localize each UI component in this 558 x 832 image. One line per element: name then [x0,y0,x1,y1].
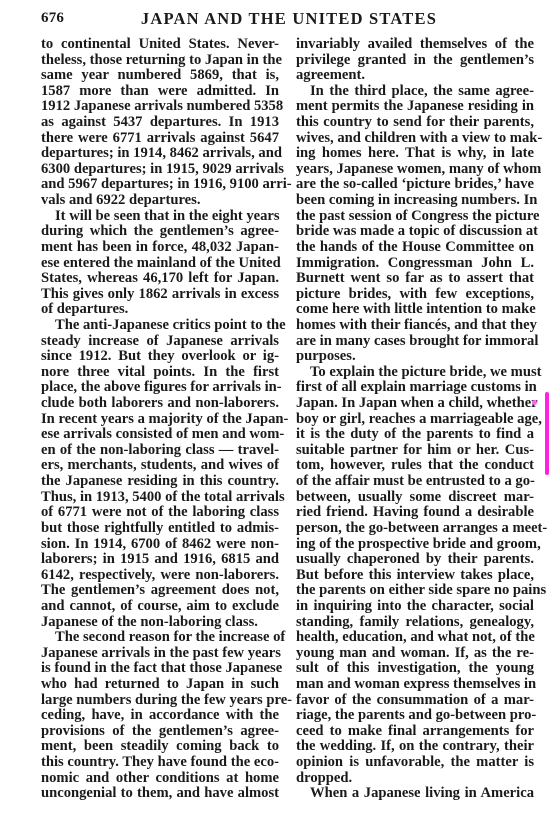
text-line: the past session of Congress the picture [296,209,534,225]
text-line: nore three vital points. In the first [41,365,279,381]
text-line: between, usually some discreet mar- [296,490,534,506]
text-line: during which the gentlemen’s agree- [41,224,279,240]
text-line: This gives only 1862 arrivals in excess [41,287,279,303]
text-line: ing of the prospective bride and groom, [296,537,534,553]
text-line: and 5967 departures; in 1916, 9100 arri- [41,177,279,193]
text-line: 6142, respectively, were non-laborers. [41,568,279,584]
text-line: en of the non-laboring class — travel- [41,443,279,459]
text-line: been coming in increasing numbers. In [296,193,534,209]
text-line: bride was made a topic of discussion at [296,224,534,240]
text-line: this country. They have found the eco- [41,755,279,771]
text-line: But before this interview takes place, [296,568,534,584]
margin-highlight-mark [545,392,549,475]
text-line: young man and woman. If, as the re- [296,646,534,662]
text-line: same year numbered 5869, that is, [41,68,279,84]
text-line: 1912 Japanese arrivals numbered 5358 [41,99,279,115]
text-line: suitable partner for him or her. Cus- [296,443,534,459]
text-line: privilege granted in the gentlemen’s [296,53,534,69]
text-line: homes with their fiancés, and that they [296,318,534,334]
text-line: place, the above figures for arrivals in… [41,380,279,396]
text-line: this country to send for their parents, [296,115,534,131]
text-line: When a Japanese living in America [296,786,534,802]
text-line: health, education, and what not, of the [296,630,534,646]
text-line: ment, been steadily coming back to [41,739,279,755]
text-line: 6300 departures; in 1915, 9029 arrivals [41,162,279,178]
text-line: agreement. [296,68,534,84]
text-line: come here with little intention to make [296,302,534,318]
text-line: 1587 more than were admitted. In [41,84,279,100]
text-line: to continental United States. Never- [41,37,279,53]
text-line: the hands of the House Committee on [296,240,534,256]
text-line: Japan. In Japan when a child, whether [296,396,534,412]
text-line: vals and 6922 departures. [41,193,279,209]
text-line: States, whereas 46,170 left for Japan. [41,271,279,287]
text-line: the Japanese residing in this country. [41,474,279,490]
text-line: as against 5437 departures. In 1913 [41,115,279,131]
text-line: of departures. [41,302,279,318]
running-head: JAPAN AND THE UNITED STATES [0,9,558,29]
text-line: In recent years a majority of the Japan- [41,412,279,428]
text-line: of 6771 were not of the laboring class [41,505,279,521]
text-line: picture brides, with few exceptions, [296,287,534,303]
text-line: ment has been in force, 48,032 Japan- [41,240,279,256]
text-line: boy or girl, reaches a marriageable age, [296,412,534,428]
text-line: man and woman express themselves in [296,677,534,693]
text-line: nomic and other conditions at home [41,771,279,787]
text-line: ese entered the mainland of the United [41,256,279,272]
text-line: first of all explain marriage customs in [296,380,534,396]
text-line: steady increase of Japanese arrivals [41,334,279,350]
text-line: of the affair must be entrusted to a go- [296,474,534,490]
text-line: are in many cases brought for immoral [296,334,534,350]
text-line: but those rightfully entitled to admis- [41,521,279,537]
text-line: and cannot, of course, aim to exclude [41,599,279,615]
text-line: ing homes here. That is why, in late [296,146,534,162]
text-line: wives, and children with a view to mak- [296,131,534,147]
text-line: dropped. [296,771,534,787]
text-line: riage, the parents and go-between pro- [296,708,534,724]
text-line: It will be seen that in the eight years [41,209,279,225]
text-line: standing, family relations, genealogy, [296,615,534,631]
text-line: who had returned to Japan in such [41,677,279,693]
text-line: laborers; in 1915 and 1916, 6815 and [41,552,279,568]
text-line: the parents on either side spare no pain… [296,583,534,599]
text-line: it is the duty of the parents to find a [296,427,534,443]
text-line: favor of the consummation of a mar- [296,693,534,709]
text-line: The gentlemen’s agreement does not, [41,583,279,599]
text-line: departures; in 1914, 8462 arrivals, and [41,146,279,162]
text-line: years, Japanese women, many of whom [296,162,534,178]
text-line: ceed to make final arrangements for [296,724,534,740]
text-line: opinion is unfavorable, the matter is [296,755,534,771]
text-line: Japanese arrivals in the past few years [41,646,279,662]
left-column: to continental United States. Never-thel… [41,37,279,802]
text-line: Immigration. Congressman John L. [296,256,534,272]
text-line: usually chaperoned by their parents. [296,552,534,568]
margin-highlight-dot [532,400,537,405]
right-column: invariably availed themselves of thepriv… [296,37,534,802]
text-line: theless, those returning to Japan in the [41,53,279,69]
text-line: there were 6771 arrivals against 5647 [41,131,279,147]
text-line: To explain the picture bride, we must [296,365,534,381]
text-line: the wedding. If, on the contrary, their [296,739,534,755]
text-line: uncongenial to them, and have almost [41,786,279,802]
text-line: provisions of the gentlemen’s agree- [41,724,279,740]
text-line: sult of this investigation, the young [296,661,534,677]
text-line: ese arrivals consisted of men and wom- [41,427,279,443]
text-line: The second reason for the increase of [41,630,279,646]
text-line: Japanese of the non-laboring class. [41,615,279,631]
text-line: person, the go-between arranges a meet- [296,521,534,537]
text-line: Burnett went so far as to assert that [296,271,534,287]
text-line: tom, however, rules that the conduct [296,458,534,474]
text-line: sion. In 1914, 6700 of 8462 were non- [41,537,279,553]
text-line: large numbers during the few years pre- [41,693,279,709]
text-line: is found in the fact that those Japanese [41,661,279,677]
text-line: ceding, have, in accordance with the [41,708,279,724]
text-line: ers, merchants, students, and wives of [41,458,279,474]
text-line: The anti-Japanese critics point to the [41,318,279,334]
text-line: In the third place, the same agree- [296,84,534,100]
text-line: invariably availed themselves of the [296,37,534,53]
text-line: since 1912. But they overlook or ig- [41,349,279,365]
text-line: purposes. [296,349,534,365]
text-line: Thus, in 1913, 5400 of the total arrival… [41,490,279,506]
text-line: in inquiring into the character, social [296,599,534,615]
text-line: ried friend. Having found a desirable [296,505,534,521]
text-line: clude both laborers and non-laborers. [41,396,279,412]
text-line: ment permits the Japanese residing in [296,99,534,115]
text-line: are the so-called ‘picture brides,’ have [296,177,534,193]
